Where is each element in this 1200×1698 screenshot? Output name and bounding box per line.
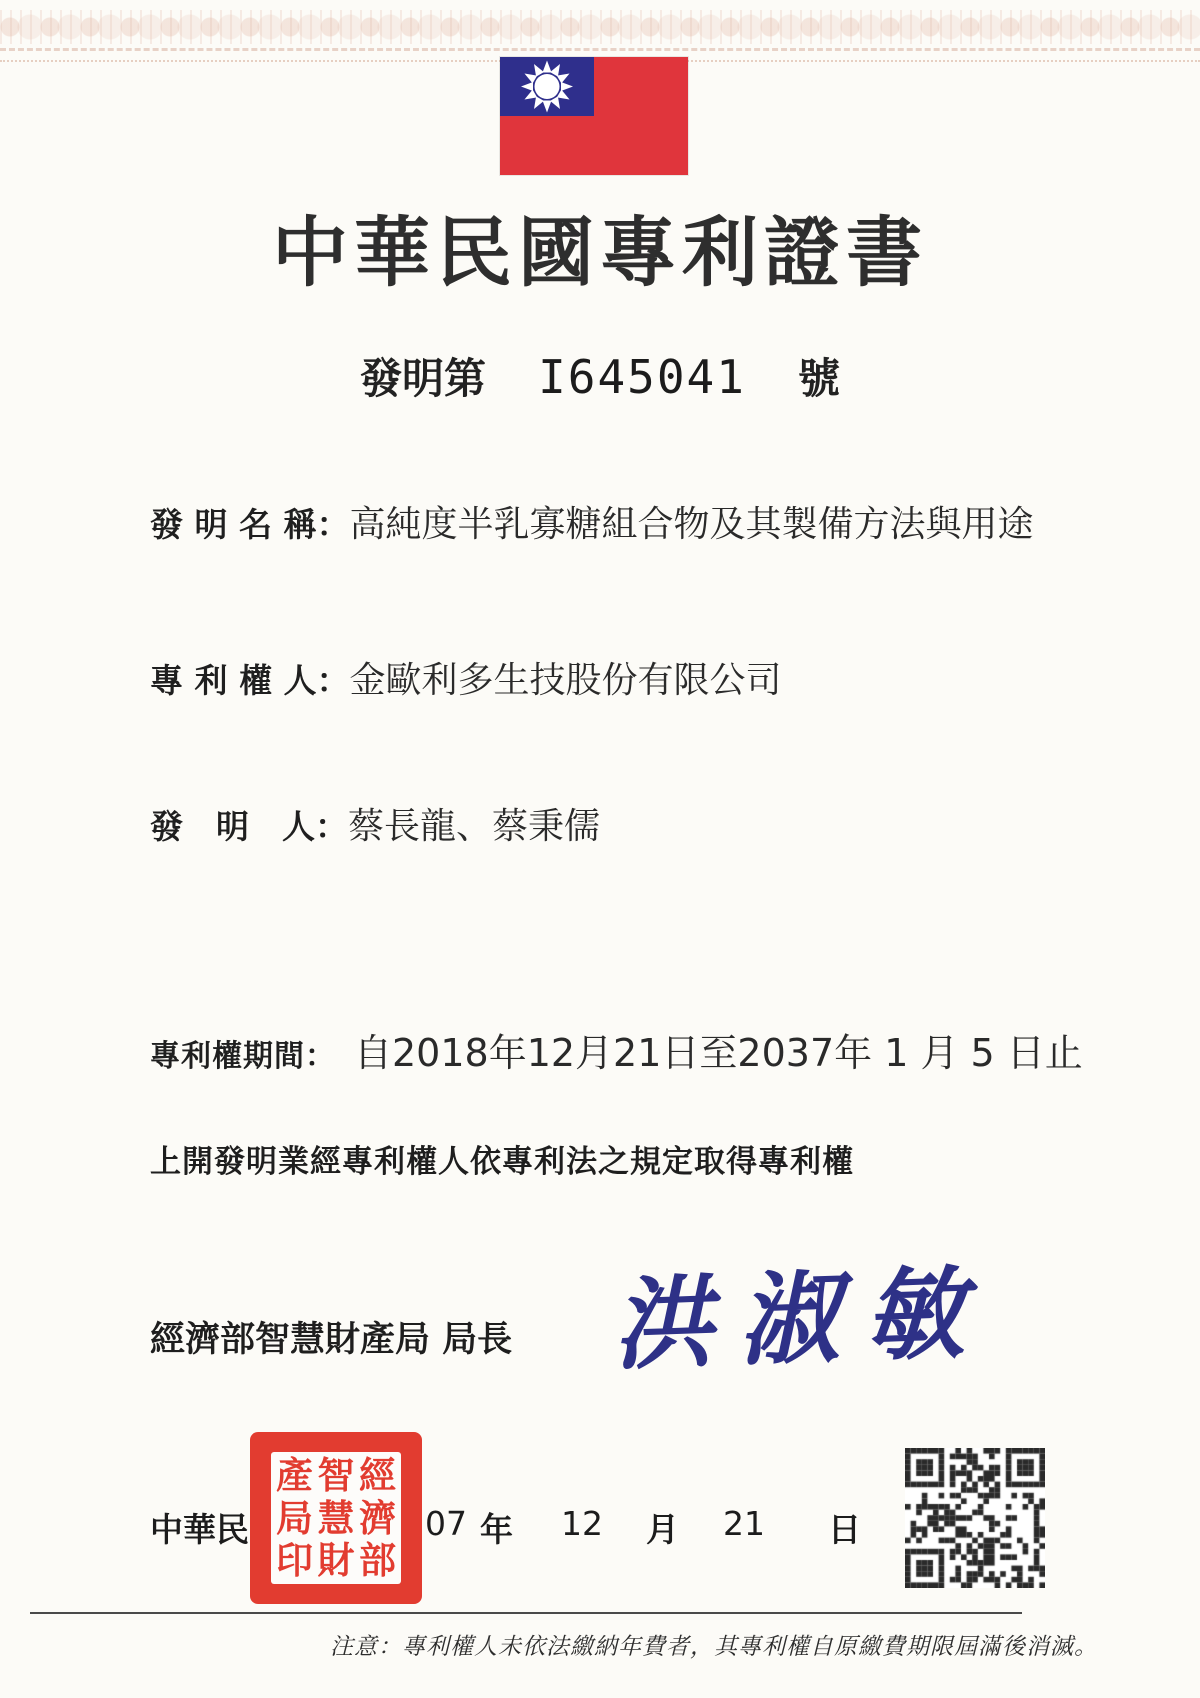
patent-number-prefix: 發明第 <box>360 346 486 406</box>
seal-char: 慧 <box>318 1498 355 1539</box>
roc-flag-icon <box>500 57 688 175</box>
seal-char: 印 <box>276 1540 313 1581</box>
field-label: 發 明 名 稱： <box>150 499 349 546</box>
date-month: 12 <box>561 1504 603 1543</box>
date-day: 21 <box>723 1504 765 1543</box>
seal-char: 經 <box>359 1455 396 1496</box>
field-patent-term: 專利權期間： 自2018年12月21日至2037年 1 月 5 日止 <box>150 1022 1090 1077</box>
qr-code <box>905 1448 1045 1588</box>
patent-number-line: 發明第 I645041 號 <box>0 346 1200 400</box>
seal-char: 產 <box>276 1455 313 1496</box>
decorative-top-border <box>0 10 1200 44</box>
director-general-signature: 洪淑敏 <box>610 1231 1035 1390</box>
footer-note: 注意：專利權人未依法繳納年費者，其專利權自原繳費期限屆滿後消滅。 <box>330 1628 1098 1661</box>
field-label: 專 利 權 人： <box>150 655 349 702</box>
footer-divider <box>30 1612 1022 1614</box>
date-day-unit: 日 <box>828 1504 861 1551</box>
seal-char: 局 <box>276 1498 313 1539</box>
decorative-dash-line <box>0 48 1200 51</box>
seal-char: 部 <box>359 1540 396 1581</box>
field-patentee: 專 利 權 人： 金歐利多生技股份有限公司 <box>150 652 1090 703</box>
field-value: 蔡長龍、蔡秉儒 <box>348 798 600 849</box>
patent-certificate-page: 中華民國專利證書 發明第 I645041 號 發 明 名 稱： 高純度半乳寡糖組… <box>0 0 1200 1698</box>
grant-statement: 上開發明業經專利權人依專利法之規定取得專利權 <box>150 1136 854 1181</box>
certificate-title: 中華民國專利證書 <box>0 192 1200 301</box>
field-value: 高純度半乳寡糖組合物及其製備方法與用途 <box>349 496 1033 547</box>
field-label: 專利權期間： <box>150 1031 336 1075</box>
field-inventors: 發 明 人： 蔡長龍、蔡秉儒 <box>150 798 1090 849</box>
field-value: 自2018年12月21日至2037年 1 月 5 日止 <box>354 1022 1083 1077</box>
seal-inner-text: 產 局 印 智 慧 財 經 濟 部 <box>271 1452 401 1584</box>
patent-number: I645041 <box>538 350 746 404</box>
flag-blue-canton <box>500 57 594 116</box>
patent-number-suffix: 號 <box>798 346 840 406</box>
seal-char: 智 <box>318 1455 355 1496</box>
field-label: 發 明 人： <box>150 801 348 848</box>
official-seal: 產 局 印 智 慧 財 經 濟 部 <box>250 1432 422 1604</box>
date-year-unit: 年 <box>480 1504 513 1551</box>
seal-char: 濟 <box>359 1498 396 1539</box>
seal-char: 財 <box>318 1540 355 1581</box>
field-invention-name: 發 明 名 稱： 高純度半乳寡糖組合物及其製備方法與用途 <box>150 496 1090 547</box>
flag-white-sun-icon <box>500 57 594 116</box>
date-month-unit: 月 <box>646 1504 679 1551</box>
issuer-office-title: 經濟部智慧財產局 局長 <box>150 1312 512 1362</box>
field-value: 金歐利多生技股份有限公司 <box>349 652 781 703</box>
